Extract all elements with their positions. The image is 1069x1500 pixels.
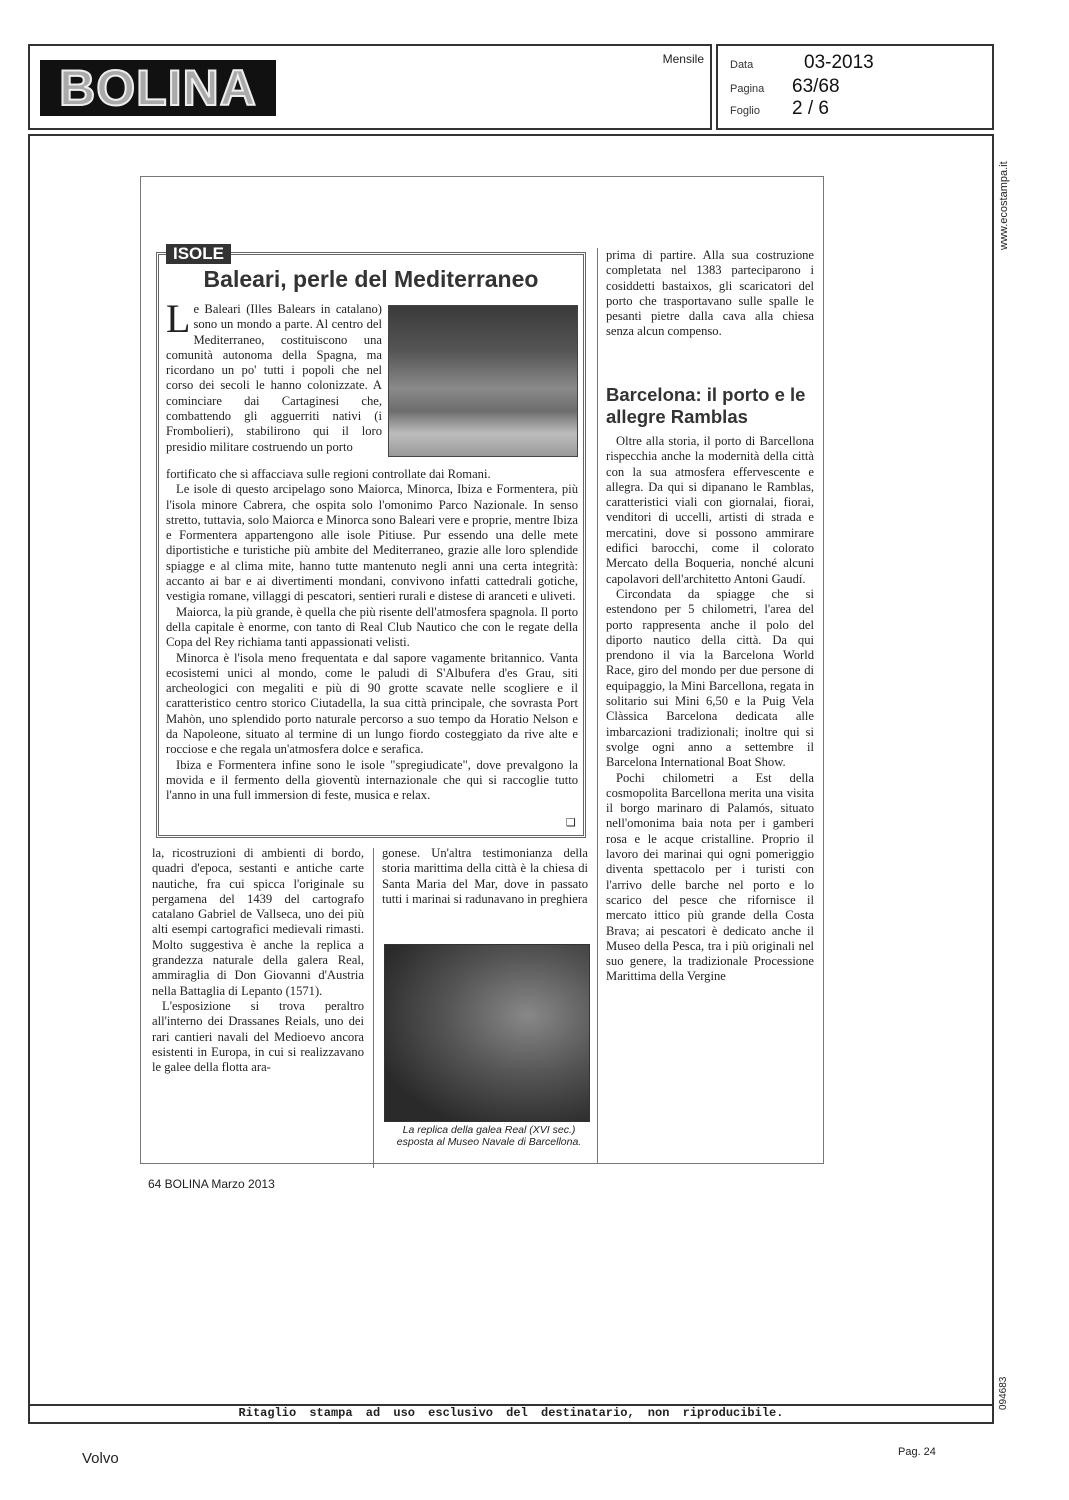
column-right-top: prima di partire. Alla sua costruzione c… [606,248,814,340]
harbor-photo [388,305,578,457]
drop-cap: L [166,304,190,334]
article-title: Baleari, perle del Mediterraneo [156,266,586,293]
frequency-label: Mensile [663,52,704,66]
column-divider [597,248,598,1163]
column-middle: gonese. Un'altra testimonianza della sto… [382,846,588,907]
magazine-page-footer: 64 BOLINA Marzo 2013 [148,1177,275,1191]
section-tag: ISOLE [166,244,231,264]
photo-caption: La replica della galea Real (XVI sec.) e… [384,1124,594,1148]
document-code: 094683 [998,1365,1009,1410]
bolina-logo: BOLINA [40,60,276,116]
galley-photo [384,944,590,1122]
column-left: la, ricostruzioni di ambienti di bordo, … [152,846,364,1075]
website-label: www.ecostampa.it [998,140,1010,250]
disclaimer: Ritaglio stampa ad uso esclusivo del des… [28,1406,994,1420]
column-right: Oltre alla storia, il porto di Barcellon… [606,434,814,985]
header-meta-box: Data 03-2013 Pagina 63/68 Foglio 2 / 6 [716,44,994,130]
article-body: fortificato che si affacciava sulle regi… [166,467,578,804]
column-divider [373,848,374,1168]
meta-sheet: Foglio 2 / 6 [730,98,829,120]
page-number: Pag. 24 [898,1446,936,1458]
article-intro: Le Baleari (Illes Balears in catalano) s… [166,302,382,455]
meta-date: Data 03-2013 [730,52,874,74]
end-mark-icon: ❑ [566,816,576,829]
subheading: Barcelona: il porto e le allegre Ramblas [606,384,818,428]
client-name: Volvo [82,1450,119,1467]
meta-page: Pagina 63/68 [730,76,840,98]
